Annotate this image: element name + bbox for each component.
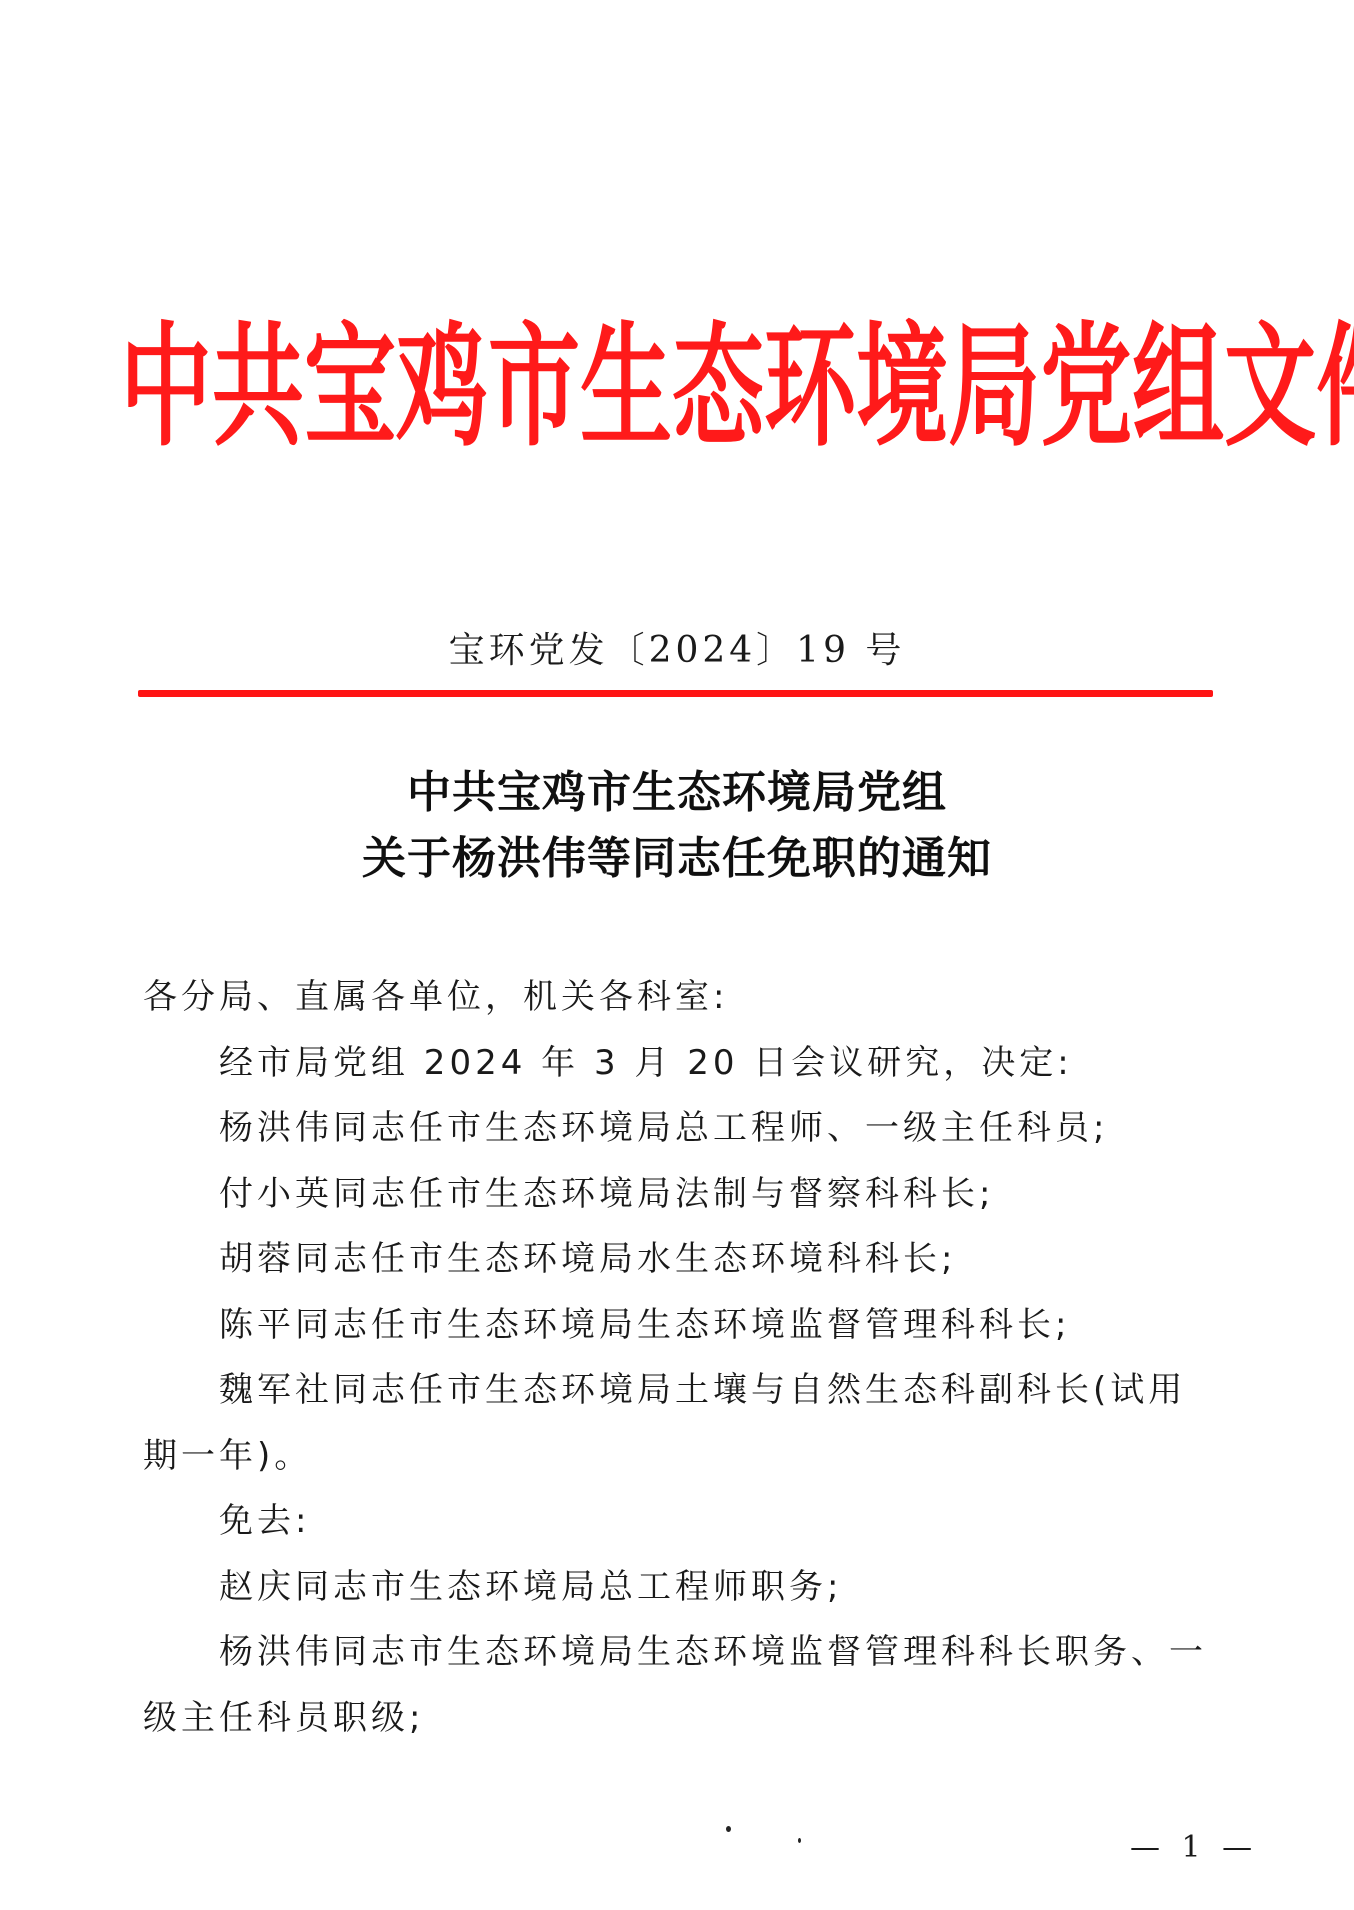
paragraph-appointment: 付小英同志任市生态环境局法制与督察科科长;: [143, 1162, 1213, 1228]
masthead-char: 宝: [304, 321, 396, 454]
paragraph-appointment: 胡蓉同志任市生态环境局水生态环境科科长;: [143, 1227, 1213, 1293]
page-number: — 1 —: [1130, 1830, 1258, 1865]
notice-title-line-2: 关于杨洪伟等同志任免职的通知: [0, 826, 1354, 892]
masthead-char: 件: [1316, 321, 1354, 454]
paragraph-removal-continued: 级主任科员职级;: [143, 1686, 1213, 1752]
paragraph-appointment: 魏军社同志任市生态环境局土壤与自然生态科副科长(试用: [143, 1358, 1213, 1424]
masthead-char: 生: [580, 321, 672, 454]
notice-title-line-1: 中共宝鸡市生态环境局党组: [0, 760, 1354, 826]
paragraph-appointment: 陈平同志任市生态环境局生态环境监督管理科科长;: [143, 1293, 1213, 1359]
masthead-char: 文: [1224, 321, 1316, 454]
paragraph-removal-heading: 免去:: [143, 1489, 1213, 1555]
masthead-title: 中 共 宝 鸡 市 生 态 环 境 局 党 组 文 件: [120, 318, 1230, 458]
paragraph-appointment: 杨洪伟同志任市生态环境局总工程师、一级主任科员;: [143, 1096, 1213, 1162]
masthead-char: 市: [488, 321, 580, 454]
masthead-char: 组: [1132, 321, 1224, 454]
masthead-char: 鸡: [396, 321, 488, 454]
document-page: 中 共 宝 鸡 市 生 态 环 境 局 党 组 文 件 宝环党发〔2024〕19…: [0, 0, 1354, 1910]
scan-speck: [798, 1838, 801, 1843]
notice-title: 中共宝鸡市生态环境局党组 关于杨洪伟等同志任免职的通知: [0, 760, 1354, 892]
red-divider-rule: [138, 690, 1213, 697]
document-number: 宝环党发〔2024〕19 号: [0, 622, 1354, 673]
masthead-char: 环: [764, 321, 856, 454]
masthead-char: 党: [1040, 321, 1132, 454]
salutation: 各分局、直属各单位，机关各科室:: [143, 965, 1213, 1031]
masthead-char: 共: [212, 321, 304, 454]
masthead-char: 中: [120, 321, 212, 454]
paragraph-removal: 杨洪伟同志市生态环境局生态环境监督管理科科长职务、一: [143, 1620, 1213, 1686]
notice-body: 各分局、直属各单位，机关各科室: 经市局党组 2024 年 3 月 20 日会议…: [143, 965, 1213, 1751]
paragraph-removal: 赵庆同志市生态环境局总工程师职务;: [143, 1555, 1213, 1621]
masthead-char: 局: [948, 321, 1040, 454]
paragraph-appointment-continued: 期一年)。: [143, 1424, 1213, 1490]
paragraph-decision-intro: 经市局党组 2024 年 3 月 20 日会议研究，决定:: [143, 1031, 1213, 1097]
scan-speck: [726, 1826, 731, 1832]
masthead-char: 境: [856, 321, 948, 454]
masthead-char: 态: [672, 321, 764, 454]
